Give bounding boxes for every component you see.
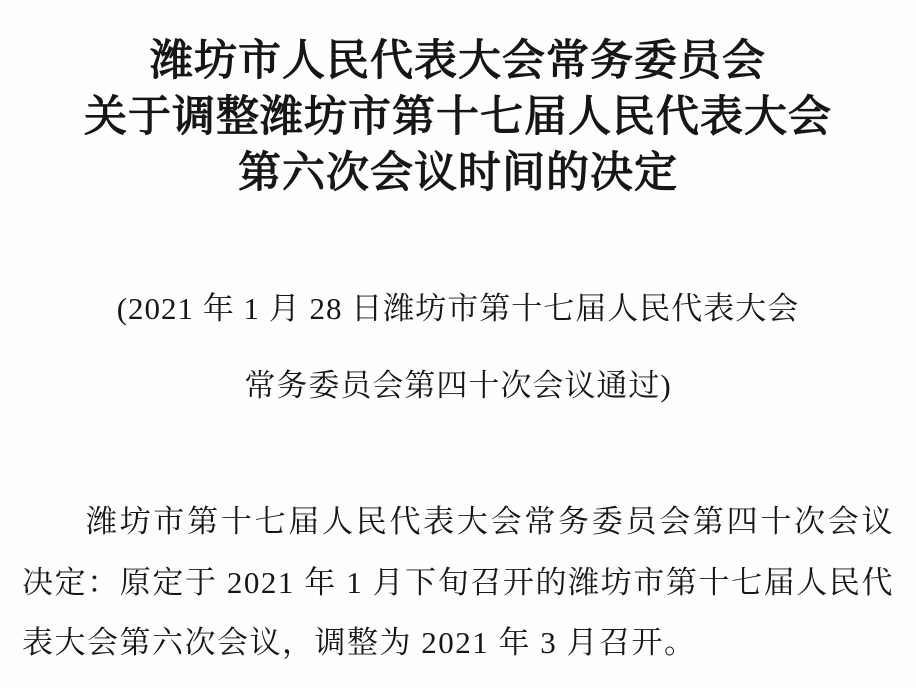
document-title-line-1: 潍坊市人民代表大会常务委员会	[26, 34, 890, 90]
document-page: 潍坊市人民代表大会常务委员会 关于调整潍坊市第十七届人民代表大会 第六次会议时间…	[0, 0, 916, 688]
decision-body-paragraph: 潍坊市第十七届人民代表大会常务委员会第四十次会议决定：原定于 2021 年 1 …	[22, 492, 894, 674]
adoption-note-line-1: (2021 年 1 月 28 日潍坊市第十七届人民代表大会	[0, 270, 916, 347]
adoption-note: (2021 年 1 月 28 日潍坊市第十七届人民代表大会 常务委员会第四十次会…	[0, 270, 916, 424]
document-title: 潍坊市人民代表大会常务委员会 关于调整潍坊市第十七届人民代表大会 第六次会议时间…	[26, 34, 890, 202]
adoption-note-line-2: 常务委员会第四十次会议通过)	[0, 347, 916, 424]
document-title-line-3: 第六次会议时间的决定	[26, 146, 890, 202]
document-title-line-2: 关于调整潍坊市第十七届人民代表大会	[26, 90, 890, 146]
